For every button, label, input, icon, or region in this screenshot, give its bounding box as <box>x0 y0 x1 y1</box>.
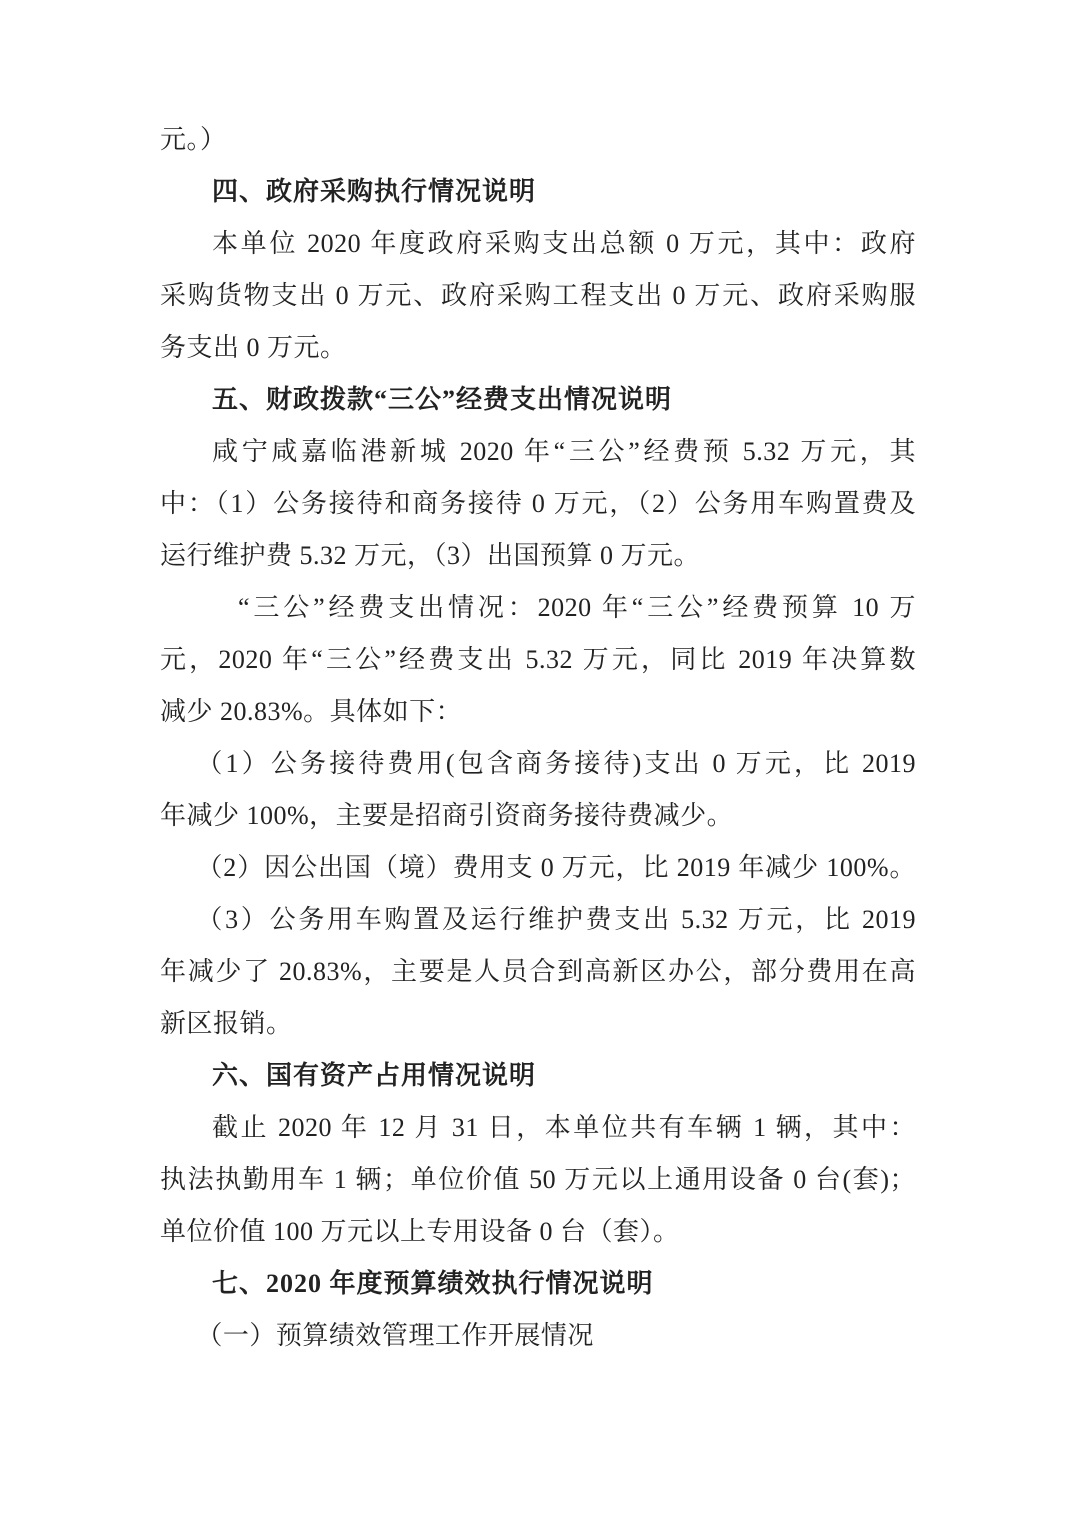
text-line: 元，2020 年“三公”经费支出 5.32 万元，同比 2019 年决算数 <box>160 634 916 686</box>
text-line: 年减少了 20.83%，主要是人员合到高新区办公，部分费用在高 <box>160 946 916 998</box>
text-line: 截止 2020 年 12 月 31 日，本单位共有车辆 1 辆，其中： <box>160 1102 916 1154</box>
text-line: 务支出 0 万元。 <box>160 322 916 374</box>
text-line: 采购货物支出 0 万元、政府采购工程支出 0 万元、政府采购服 <box>160 270 916 322</box>
text-line: 年减少 100%，主要是招商引资商务接待费减少。 <box>160 790 916 842</box>
section-heading: 六、国有资产占用情况说明 <box>160 1050 916 1102</box>
section-heading: 七、2020 年度预算绩效执行情况说明 <box>160 1258 916 1310</box>
text-line: （一）预算绩效管理工作开展情况 <box>160 1310 916 1362</box>
text-line: （3）公务用车购置及运行维护费支出 5.32 万元，比 2019 <box>160 894 916 946</box>
document-page: 元。）四、政府采购执行情况说明本单位 2020 年度政府采购支出总额 0 万元，… <box>0 0 1074 1520</box>
text-line: 运行维护费 5.32 万元，（3）出国预算 0 万元。 <box>160 530 916 582</box>
text-line: 减少 20.83%。具体如下： <box>160 686 916 738</box>
text-line: （2）因公出国（境）费用支 0 万元，比 2019 年减少 100%。 <box>160 842 916 894</box>
section-heading: 四、政府采购执行情况说明 <box>160 166 916 218</box>
text-line: “三公”经费支出情况：2020 年“三公”经费预算 10 万 <box>160 582 916 634</box>
text-line: 执法执勤用车 1 辆；单位价值 50 万元以上通用设备 0 台(套)； <box>160 1154 916 1206</box>
document-body: 元。）四、政府采购执行情况说明本单位 2020 年度政府采购支出总额 0 万元，… <box>160 114 916 1362</box>
text-line: 单位价值 100 万元以上专用设备 0 台（套）。 <box>160 1206 916 1258</box>
text-line: 咸宁咸嘉临港新城 2020 年“三公”经费预 5.32 万元，其 <box>160 426 916 478</box>
text-line: 中：（1）公务接待和商务接待 0 万元，（2）公务用车购置费及 <box>160 478 916 530</box>
text-line: （1）公务接待费用(包含商务接待)支出 0 万元，比 2019 <box>160 738 916 790</box>
text-line: 元。） <box>160 114 916 166</box>
section-heading: 五、财政拨款“三公”经费支出情况说明 <box>160 374 916 426</box>
text-line: 新区报销。 <box>160 998 916 1050</box>
text-line: 本单位 2020 年度政府采购支出总额 0 万元，其中：政府 <box>160 218 916 270</box>
